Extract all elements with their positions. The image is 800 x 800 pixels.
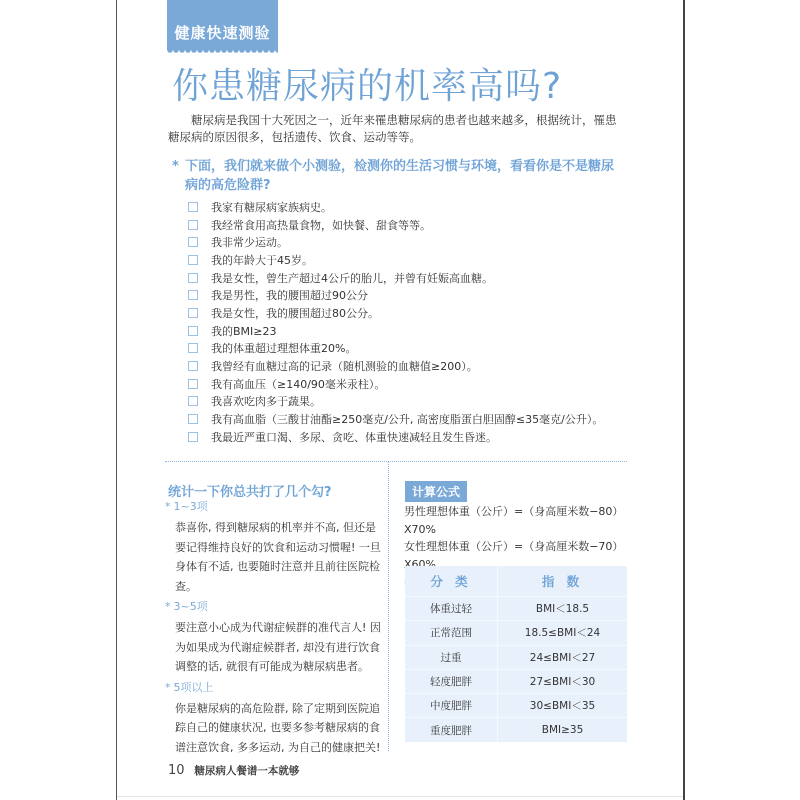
table-row: 正常范围18.5≤BMI＜24 bbox=[405, 621, 627, 645]
table-row: 过重24≤BMI＜27 bbox=[405, 645, 627, 669]
checklist-item[interactable]: 我经常食用高热量食物，如快餐、甜食等等。 bbox=[188, 216, 628, 234]
bmi-table: 分 类 指 数 体重过轻BMI＜18.5 正常范围18.5≤BMI＜24 过重2… bbox=[405, 566, 627, 742]
checkbox[interactable] bbox=[188, 432, 198, 442]
result-range-label: 1~3项 bbox=[174, 500, 208, 513]
index-cell: 18.5≤BMI＜24 bbox=[498, 621, 628, 645]
result-range-label: 3~5项 bbox=[174, 600, 208, 613]
checkbox[interactable] bbox=[188, 396, 198, 406]
checklist-item-label: 我家有糖尿病家族病史。 bbox=[211, 199, 332, 215]
table-header-row: 分 类 指 数 bbox=[405, 566, 627, 597]
checkbox[interactable] bbox=[188, 343, 198, 353]
checkbox[interactable] bbox=[188, 326, 198, 336]
formula-tag: 计算公式 bbox=[405, 481, 467, 502]
result-range: *5项以上 bbox=[165, 681, 383, 695]
stats-results: *1~3项 恭喜你, 得到糖尿病的机率并不高, 但还是要记得维持良好的饮食和运动… bbox=[165, 500, 383, 761]
checklist-item-label: 我的体重超过理想体重20%。 bbox=[211, 340, 356, 356]
category-cell: 体重过轻 bbox=[405, 597, 498, 621]
category-cell: 过重 bbox=[405, 645, 498, 669]
section-tag: 健康快速测验 bbox=[167, 0, 278, 50]
page-number: 10 bbox=[168, 763, 185, 778]
checklist-item-label: 我经常食用高热量食物，如快餐、甜食等等。 bbox=[211, 217, 431, 233]
index-cell: 24≤BMI＜27 bbox=[498, 645, 628, 669]
checkbox[interactable] bbox=[188, 220, 198, 230]
checklist-item[interactable]: 我的体重超过理想体重20%。 bbox=[188, 340, 628, 358]
star-icon: * bbox=[165, 600, 171, 613]
section-tag-scallop bbox=[167, 50, 278, 54]
male-ideal-weight-formula: 男性理想体重（公斤）=（身高厘米数−80）X70% bbox=[404, 503, 634, 538]
star-icon: * bbox=[172, 157, 179, 176]
checklist-item[interactable]: 我家有糖尿病家族病史。 bbox=[188, 198, 628, 216]
checklist-item[interactable]: 我有高血脂（三酸甘油酯≥250毫克/公升, 高密度脂蛋白胆固醇≤35毫克/公升）… bbox=[188, 410, 628, 428]
result-description: 你是糖尿病的高危险群, 除了定期到医院追踪自己的健康状况, 也要多参考糖尿病的食… bbox=[165, 699, 383, 758]
table-row: 轻度肥胖27≤BMI＜30 bbox=[405, 669, 627, 693]
checkbox[interactable] bbox=[188, 273, 198, 283]
result-range: *3~5项 bbox=[165, 600, 383, 614]
index-cell: 27≤BMI＜30 bbox=[498, 669, 628, 693]
checklist-item[interactable]: 我是女性，我的腰围超过80公分。 bbox=[188, 304, 628, 322]
index-cell: BMI≥35 bbox=[498, 718, 628, 742]
checklist-item-label: 我的BMI≥23 bbox=[211, 323, 277, 339]
checklist-item-label: 我的年龄大于45岁。 bbox=[211, 252, 313, 268]
star-icon: * bbox=[165, 681, 171, 694]
vertical-dotted-divider bbox=[388, 461, 389, 751]
index-cell: 30≤BMI＜35 bbox=[498, 694, 628, 718]
category-cell: 重度肥胖 bbox=[405, 718, 498, 742]
checkbox[interactable] bbox=[188, 308, 198, 318]
page-edge-bottom bbox=[117, 796, 683, 797]
checklist-item[interactable]: 我曾经有血糖过高的记录（随机测验的血糖值≥200）。 bbox=[188, 357, 628, 375]
quiz-checklist: 我家有糖尿病家族病史。 我经常食用高热量食物，如快餐、甜食等等。 我非常少运动。… bbox=[188, 198, 628, 446]
checklist-item-label: 我非常少运动。 bbox=[211, 234, 288, 250]
book-title: 糖尿病人餐谱一本就够 bbox=[194, 765, 299, 777]
result-description: 要注意小心成为代谢症候群的准代言人! 因为如果成为代谢症候群者, 却没有进行饮食… bbox=[165, 618, 383, 677]
column-header-index: 指 数 bbox=[498, 566, 628, 597]
checklist-item-label: 我有高血脂（三酸甘油酯≥250毫克/公升, 高密度脂蛋白胆固醇≤35毫克/公升）… bbox=[211, 411, 603, 427]
checkbox[interactable] bbox=[188, 361, 198, 371]
column-header-category: 分 类 bbox=[405, 566, 498, 597]
result-range: *1~3项 bbox=[165, 500, 383, 514]
checklist-item[interactable]: 我的年龄大于45岁。 bbox=[188, 251, 628, 269]
section-tag-label: 健康快速测验 bbox=[167, 22, 278, 43]
checklist-item-label: 我曾经有血糖过高的记录（随机测验的血糖值≥200）。 bbox=[211, 358, 478, 374]
checklist-item[interactable]: 我喜欢吃肉多于蔬果。 bbox=[188, 393, 628, 411]
category-cell: 轻度肥胖 bbox=[405, 669, 498, 693]
category-cell: 正常范围 bbox=[405, 621, 498, 645]
page-title: 你患糖尿病的机率高吗? bbox=[172, 58, 562, 109]
checklist-item-label: 我有高血压（≥140/90毫米汞柱）。 bbox=[211, 376, 385, 392]
result-range-label: 5项以上 bbox=[174, 681, 214, 694]
checkbox[interactable] bbox=[188, 202, 198, 212]
table-row: 体重过轻BMI＜18.5 bbox=[405, 597, 627, 621]
category-cell: 中度肥胖 bbox=[405, 694, 498, 718]
checkbox[interactable] bbox=[188, 255, 198, 265]
page-footer: 10 糖尿病人餐谱一本就够 bbox=[168, 763, 299, 778]
checklist-item[interactable]: 我是女性，曾生产超过4公斤的胎儿，并曾有妊娠高血糖。 bbox=[188, 269, 628, 287]
table-row: 中度肥胖30≤BMI＜35 bbox=[405, 694, 627, 718]
checkbox[interactable] bbox=[188, 379, 198, 389]
checklist-item-label: 我是男性，我的腰围超过90公分 bbox=[211, 287, 368, 303]
result-description: 恭喜你, 得到糖尿病的机率并不高, 但还是要记得维持良好的饮食和运动习惯喔! 一… bbox=[165, 518, 383, 596]
quiz-heading-text: 下面，我们就来做个小测验，检测你的生活习惯与环境，看看你是不是糖尿病的高危险群? bbox=[172, 157, 622, 195]
intro-paragraph: 糖尿病是我国十大死因之一，近年来罹患糖尿病的患者也越来越多，根据统计，罹患糖尿病… bbox=[168, 112, 624, 146]
quiz-heading: * 下面，我们就来做个小测验，检测你的生活习惯与环境，看看你是不是糖尿病的高危险… bbox=[172, 157, 622, 195]
checklist-item-label: 我是女性，我的腰围超过80公分。 bbox=[211, 305, 379, 321]
checklist-item-label: 我最近严重口渴、多尿、贪吃、体重快速减轻且发生昏迷。 bbox=[211, 429, 497, 445]
index-cell: BMI＜18.5 bbox=[498, 597, 628, 621]
checklist-item[interactable]: 我的BMI≥23 bbox=[188, 322, 628, 340]
checklist-item[interactable]: 我最近严重口渴、多尿、贪吃、体重快速减轻且发生昏迷。 bbox=[188, 428, 628, 446]
page-edge-left bbox=[116, 0, 117, 800]
page-edge-right bbox=[683, 0, 685, 800]
table-row: 重度肥胖BMI≥35 bbox=[405, 718, 627, 742]
stats-heading: 统计一下你总共打了几个勾? bbox=[168, 481, 332, 500]
checklist-item[interactable]: 我有高血压（≥140/90毫米汞柱）。 bbox=[188, 375, 628, 393]
checkbox[interactable] bbox=[188, 237, 198, 247]
checkbox[interactable] bbox=[188, 290, 198, 300]
checklist-item-label: 我是女性，曾生产超过4公斤的胎儿，并曾有妊娠高血糖。 bbox=[211, 270, 493, 286]
checklist-item-label: 我喜欢吃肉多于蔬果。 bbox=[211, 393, 321, 409]
checklist-item[interactable]: 我非常少运动。 bbox=[188, 233, 628, 251]
checklist-item[interactable]: 我是男性，我的腰围超过90公分 bbox=[188, 286, 628, 304]
star-icon: * bbox=[165, 500, 171, 513]
horizontal-dotted-divider bbox=[165, 461, 627, 462]
checkbox[interactable] bbox=[188, 414, 198, 424]
